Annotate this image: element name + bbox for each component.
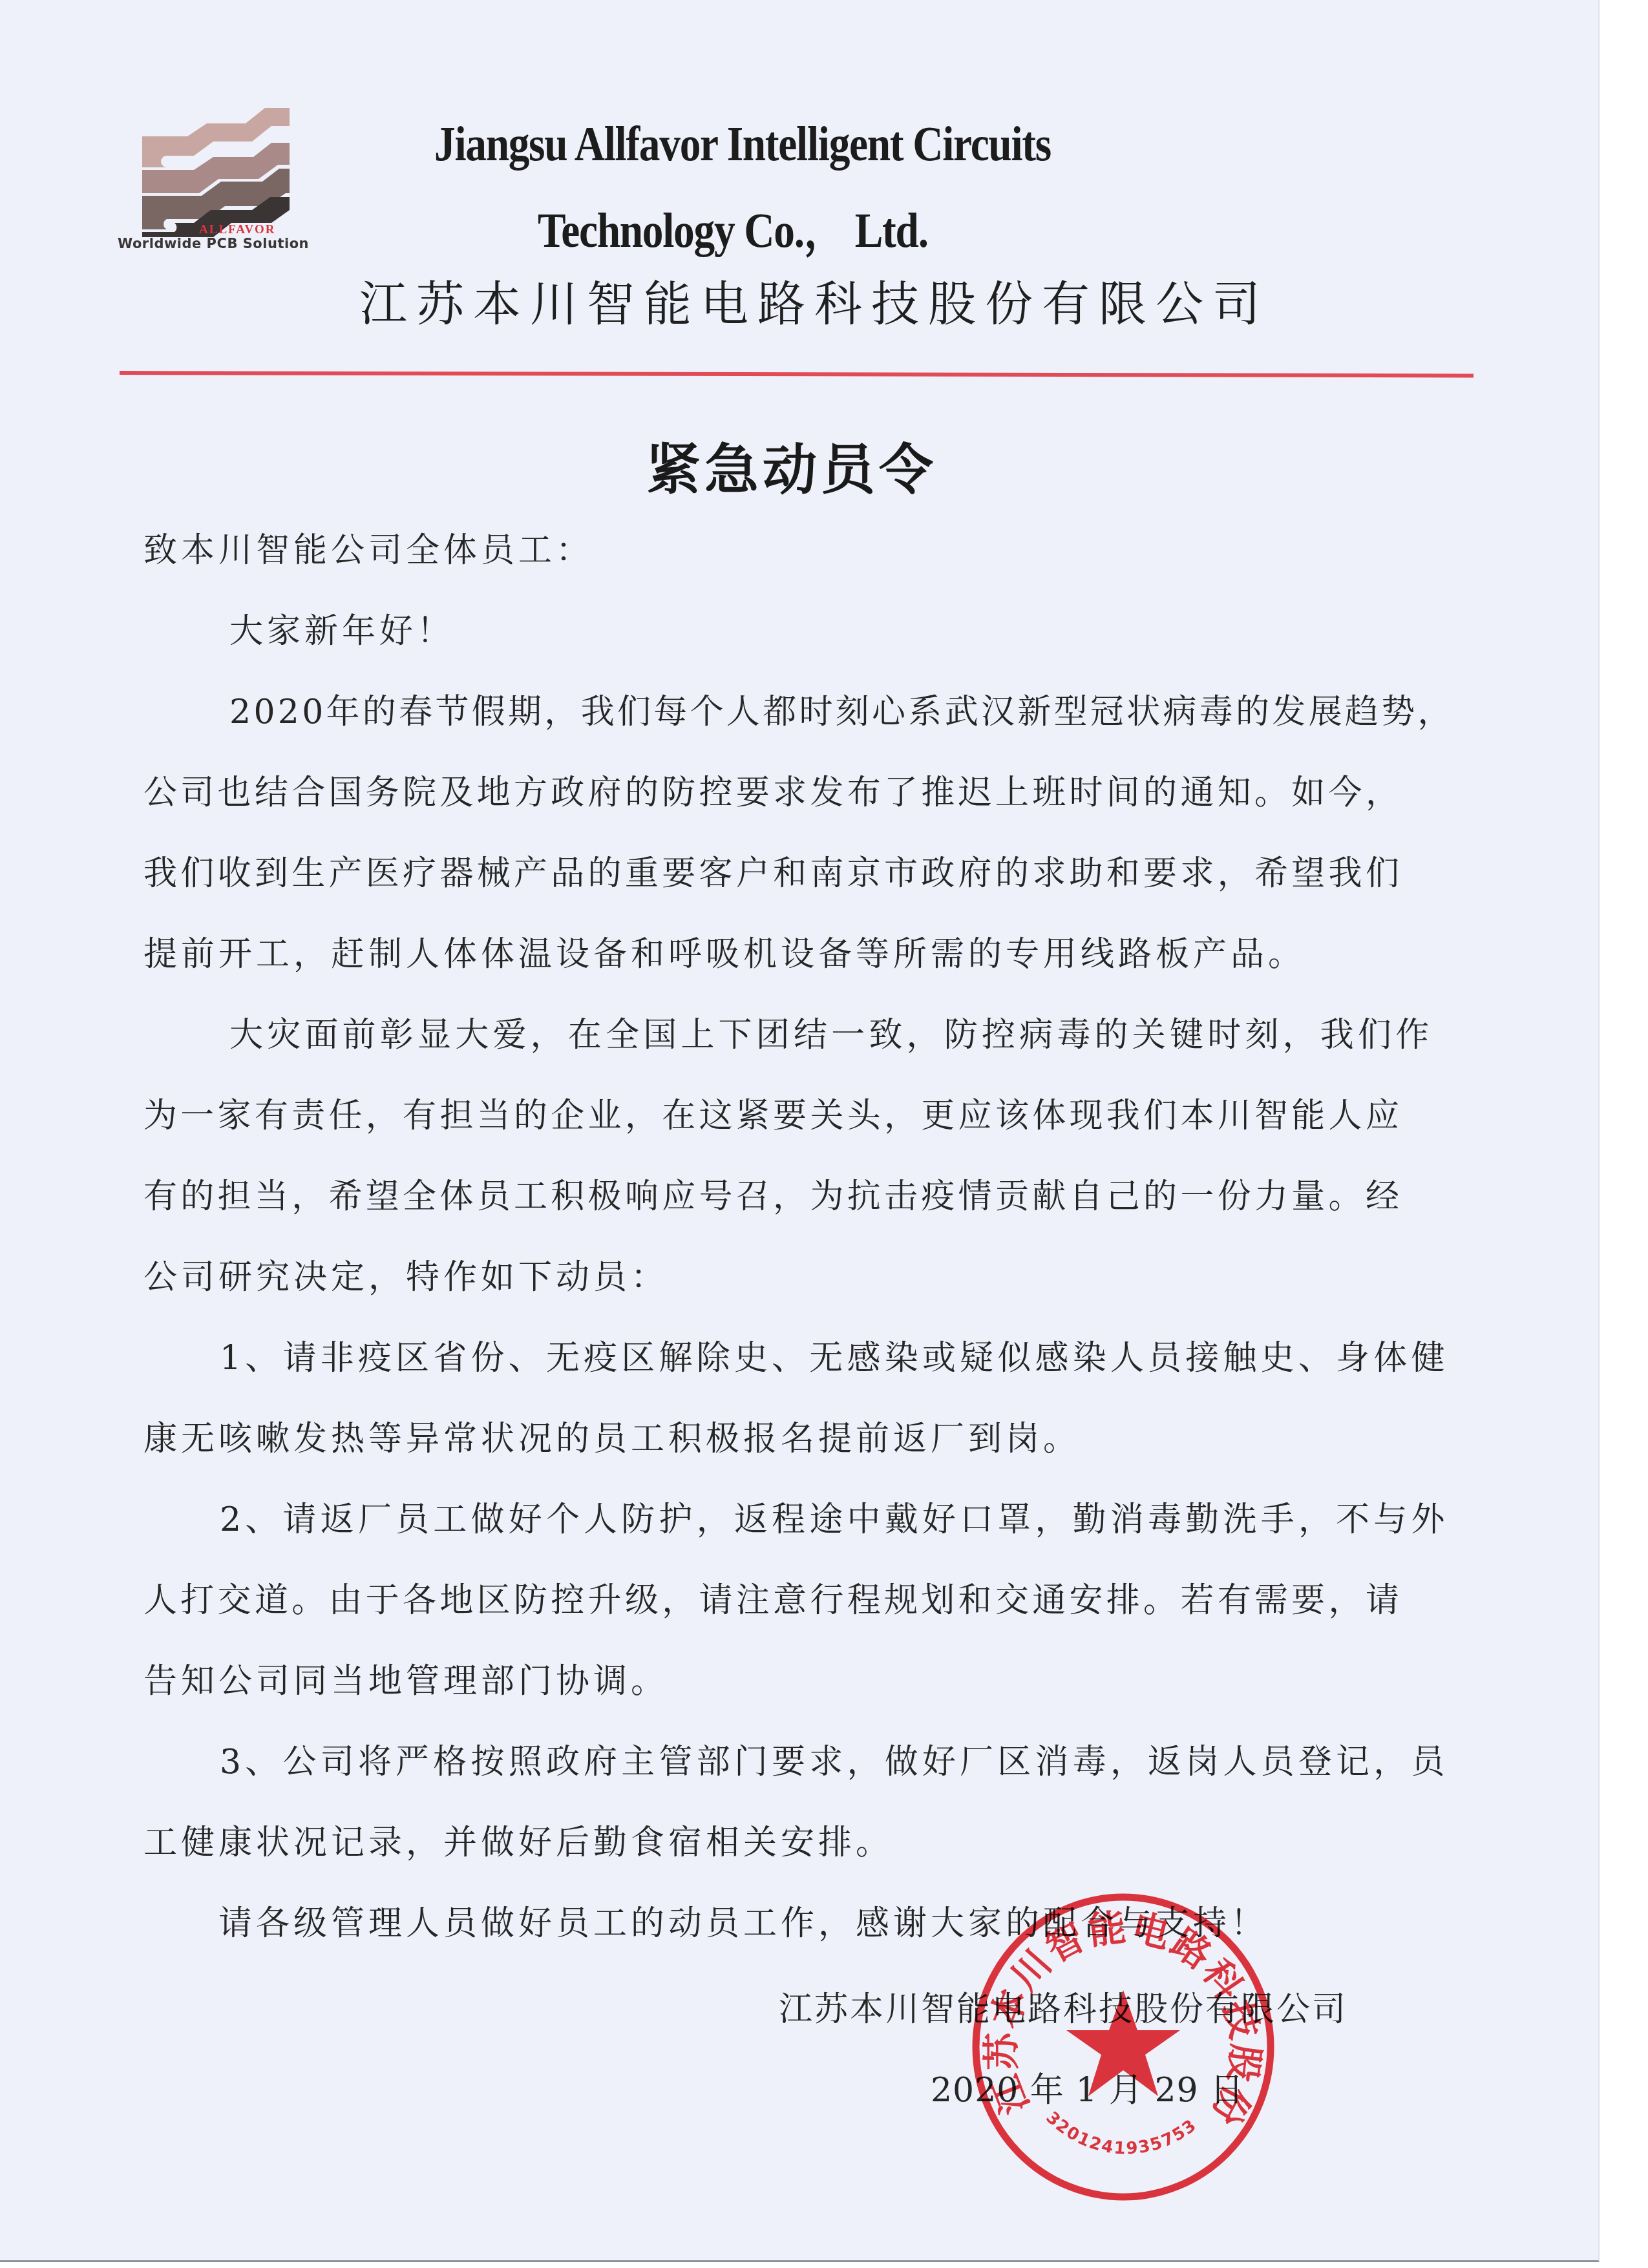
svg-text:3201241935753: 3201241935753: [1042, 2108, 1201, 2158]
paragraph-line: 1、请非疫区省份、无疫区解除史、无感染或疑似感染人员接触史、身体健: [220, 1339, 1449, 1378]
paragraph-line: 告知公司同当地管理部门协调。: [143, 1662, 668, 1701]
pcb-traces-logo-icon: [142, 103, 291, 238]
paragraph-line: 公司研究决定，特作如下动员：: [143, 1258, 668, 1297]
company-name-english-line1: Jiangsu Allfavor Intelligent Circuits: [434, 116, 1051, 173]
document-title: 紧急动员令: [646, 426, 937, 505]
paragraph-line: 2、请返厂员工做好个人防护，返程途中戴好口罩，勤消毒勤洗手，不与外: [220, 1500, 1449, 1539]
scanned-page: ALLFAVOR Worldwide PCB Solution Jiangsu …: [0, 0, 1600, 2262]
greeting: 大家新年好！: [229, 612, 454, 651]
paragraph-line: 为一家有责任，有担当的企业，在这紧要关头，更应该体现我们本川智能人应: [143, 1097, 1402, 1135]
paragraph-line: 工健康状况记录，并做好后勤食宿相关安排。: [143, 1823, 893, 1862]
company-name-chinese: 江苏本川智能电路科技股份有限公司: [359, 266, 1269, 335]
company-logo: ALLFAVOR Worldwide PCB Solution: [116, 100, 317, 255]
seal-serial: 3201241935753: [1042, 2108, 1201, 2158]
paragraph-line: 康无咳嗽发热等异常状况的员工积极报名提前返厂到岗。: [143, 1420, 1081, 1458]
paragraph-line: 大灾面前彰显大爱，在全国上下团结一致，防控病毒的关键时刻，我们作: [229, 1016, 1433, 1055]
logo-brand-text: ALLFAVOR: [199, 223, 275, 237]
letterhead-divider: [120, 371, 1474, 377]
company-name-english-line2: Technology Co.， Ltd.: [538, 191, 928, 261]
paragraph-line: 3、公司将严格按照政府主管部门要求，做好厂区消毒，返岗人员登记，员: [220, 1743, 1449, 1781]
paragraph-line: 公司也结合国务院及地方政府的防控要求发布了推迟上班时间的通知。如今，: [143, 773, 1402, 812]
logo-tagline: Worldwide PCB Solution: [118, 236, 309, 251]
paragraph-line: 我们收到生产医疗器械产品的重要客户和南京市政府的求助和要求，希望我们: [143, 854, 1402, 893]
paragraph-line: 人打交道。由于各地区防控升级，请注意行程规划和交通安排。若有需要，请: [143, 1581, 1402, 1620]
company-seal-icon: 江苏本川智能电路科技股份有限公司 3201241935753: [969, 1893, 1277, 2201]
salutation: 致本川智能公司全体员工：: [143, 531, 593, 570]
paragraph-line: 提前开工，赶制人体体温设备和呼吸机设备等所需的专用线路板产品。: [143, 935, 1305, 974]
paragraph-line: 2020年的春节假期，我们每个人都时刻心系武汉新型冠状病毒的发展趋势，: [229, 693, 1454, 731]
paragraph-line: 有的担当，希望全体员工积极响应号召，为抗击疫情贡献自己的一份力量。经: [143, 1177, 1402, 1216]
